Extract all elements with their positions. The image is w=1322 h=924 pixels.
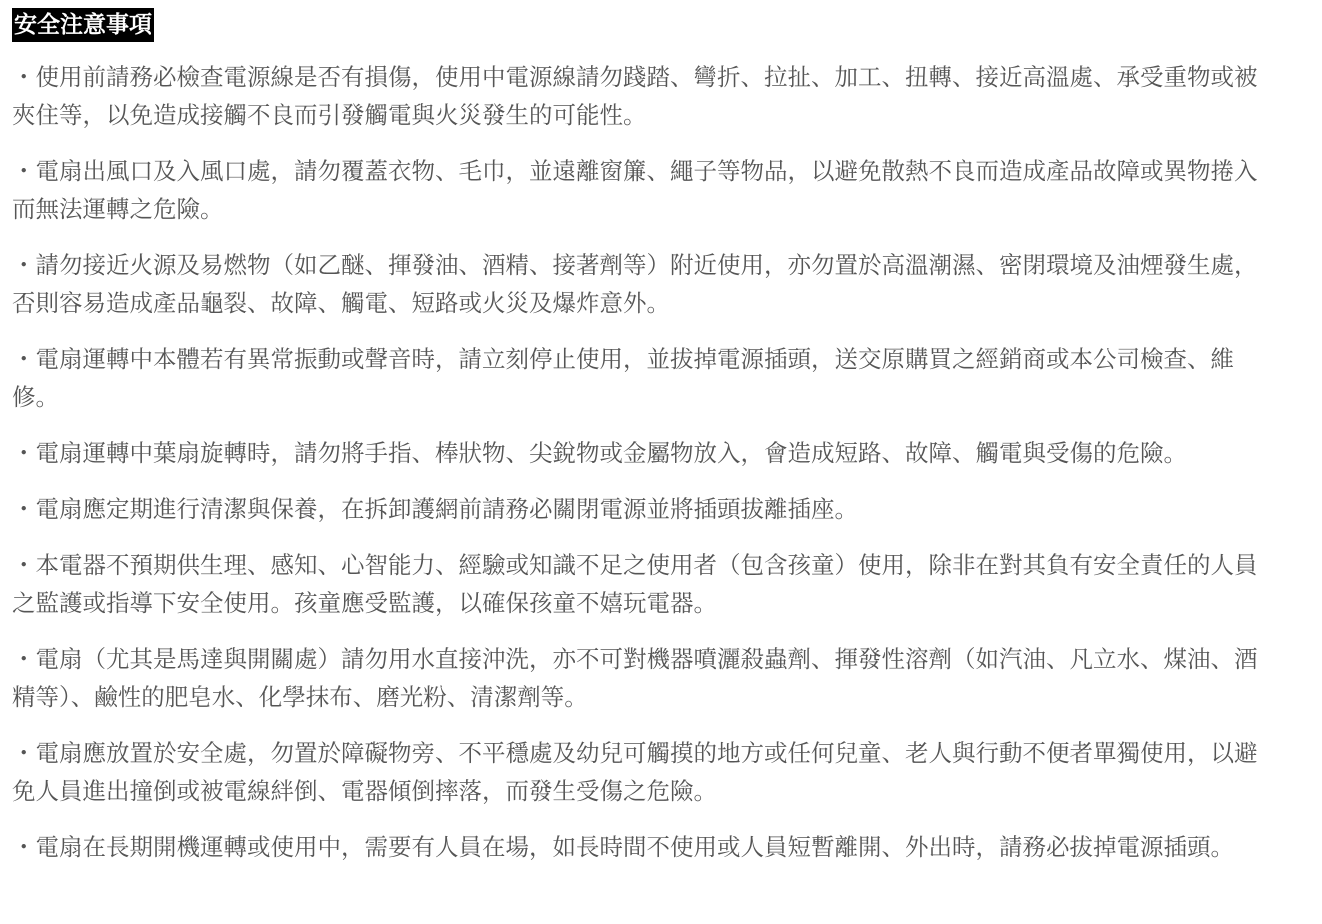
note-text: 使用前請務必檢查電源線是否有損傷，使用中電源線請勿踐踏、彎折、拉扯、加工、扭轉、…: [12, 63, 1258, 129]
safety-note-4: ・電扇運轉中本體若有異常振動或聲音時，請立刻停止使用，並拔掉電源插頭，送交原購買…: [12, 340, 1260, 416]
safety-note-3: ・請勿接近火源及易燃物（如乙醚、揮發油、酒精、接著劑等）附近使用，亦勿置於高溫潮…: [12, 246, 1260, 322]
safety-notice-document: 安全注意事項 ・使用前請務必檢查電源線是否有損傷，使用中電源線請勿踐踏、彎折、拉…: [0, 0, 1262, 866]
bullet-icon: ・: [12, 63, 36, 91]
bullet-icon: ・: [12, 345, 36, 373]
bullet-icon: ・: [12, 251, 36, 279]
safety-note-9: ・電扇應放置於安全處，勿置於障礙物旁、不平穩處及幼兒可觸摸的地方或任何兒童、老人…: [12, 734, 1260, 810]
bullet-icon: ・: [12, 439, 36, 467]
note-text: 本電器不預期供生理、感知、心智能力、經驗或知識不足之使用者（包含孩童）使用，除非…: [12, 551, 1258, 617]
bullet-icon: ・: [12, 157, 36, 185]
note-text: 電扇（尤其是馬達與開關處）請勿用水直接沖洗，亦不可對機器噴灑殺蟲劑、揮發性溶劑（…: [12, 645, 1258, 711]
section-heading: 安全注意事項: [12, 8, 154, 42]
note-text: 電扇出風口及入風口處，請勿覆蓋衣物、毛巾，並遠離窗簾、繩子等物品，以避免散熱不良…: [12, 157, 1258, 223]
safety-note-7: ・本電器不預期供生理、感知、心智能力、經驗或知識不足之使用者（包含孩童）使用，除…: [12, 546, 1260, 622]
note-text: 電扇運轉中本體若有異常振動或聲音時，請立刻停止使用，並拔掉電源插頭，送交原購買之…: [12, 345, 1234, 411]
bullet-icon: ・: [12, 551, 36, 579]
bullet-icon: ・: [12, 833, 36, 861]
note-text: 電扇應定期進行清潔與保養，在拆卸護網前請務必關閉電源並將插頭拔離插座。: [36, 495, 859, 523]
note-text: 電扇在長期開機運轉或使用中，需要有人員在場，如長時間不使用或人員短暫離開、外出時…: [36, 833, 1235, 861]
safety-note-2: ・電扇出風口及入風口處，請勿覆蓋衣物、毛巾，並遠離窗簾、繩子等物品，以避免散熱不…: [12, 152, 1260, 228]
bullet-icon: ・: [12, 495, 36, 523]
safety-note-10: ・電扇在長期開機運轉或使用中，需要有人員在場，如長時間不使用或人員短暫離開、外出…: [12, 828, 1260, 866]
bullet-icon: ・: [12, 645, 36, 673]
safety-notes-list: ・使用前請務必檢查電源線是否有損傷，使用中電源線請勿踐踏、彎折、拉扯、加工、扭轉…: [12, 58, 1262, 866]
safety-note-6: ・電扇應定期進行清潔與保養，在拆卸護網前請務必關閉電源並將插頭拔離插座。: [12, 490, 1260, 528]
safety-note-1: ・使用前請務必檢查電源線是否有損傷，使用中電源線請勿踐踏、彎折、拉扯、加工、扭轉…: [12, 58, 1260, 134]
note-text: 電扇運轉中葉扇旋轉時，請勿將手指、棒狀物、尖銳物或金屬物放入，會造成短路、故障、…: [36, 439, 1188, 467]
bullet-icon: ・: [12, 739, 36, 767]
note-text: 電扇應放置於安全處，勿置於障礙物旁、不平穩處及幼兒可觸摸的地方或任何兒童、老人與…: [12, 739, 1258, 805]
note-text: 請勿接近火源及易燃物（如乙醚、揮發油、酒精、接著劑等）附近使用，亦勿置於高溫潮濕…: [12, 251, 1258, 317]
safety-note-8: ・電扇（尤其是馬達與開關處）請勿用水直接沖洗，亦不可對機器噴灑殺蟲劑、揮發性溶劑…: [12, 640, 1260, 716]
safety-note-5: ・電扇運轉中葉扇旋轉時，請勿將手指、棒狀物、尖銳物或金屬物放入，會造成短路、故障…: [12, 434, 1260, 472]
